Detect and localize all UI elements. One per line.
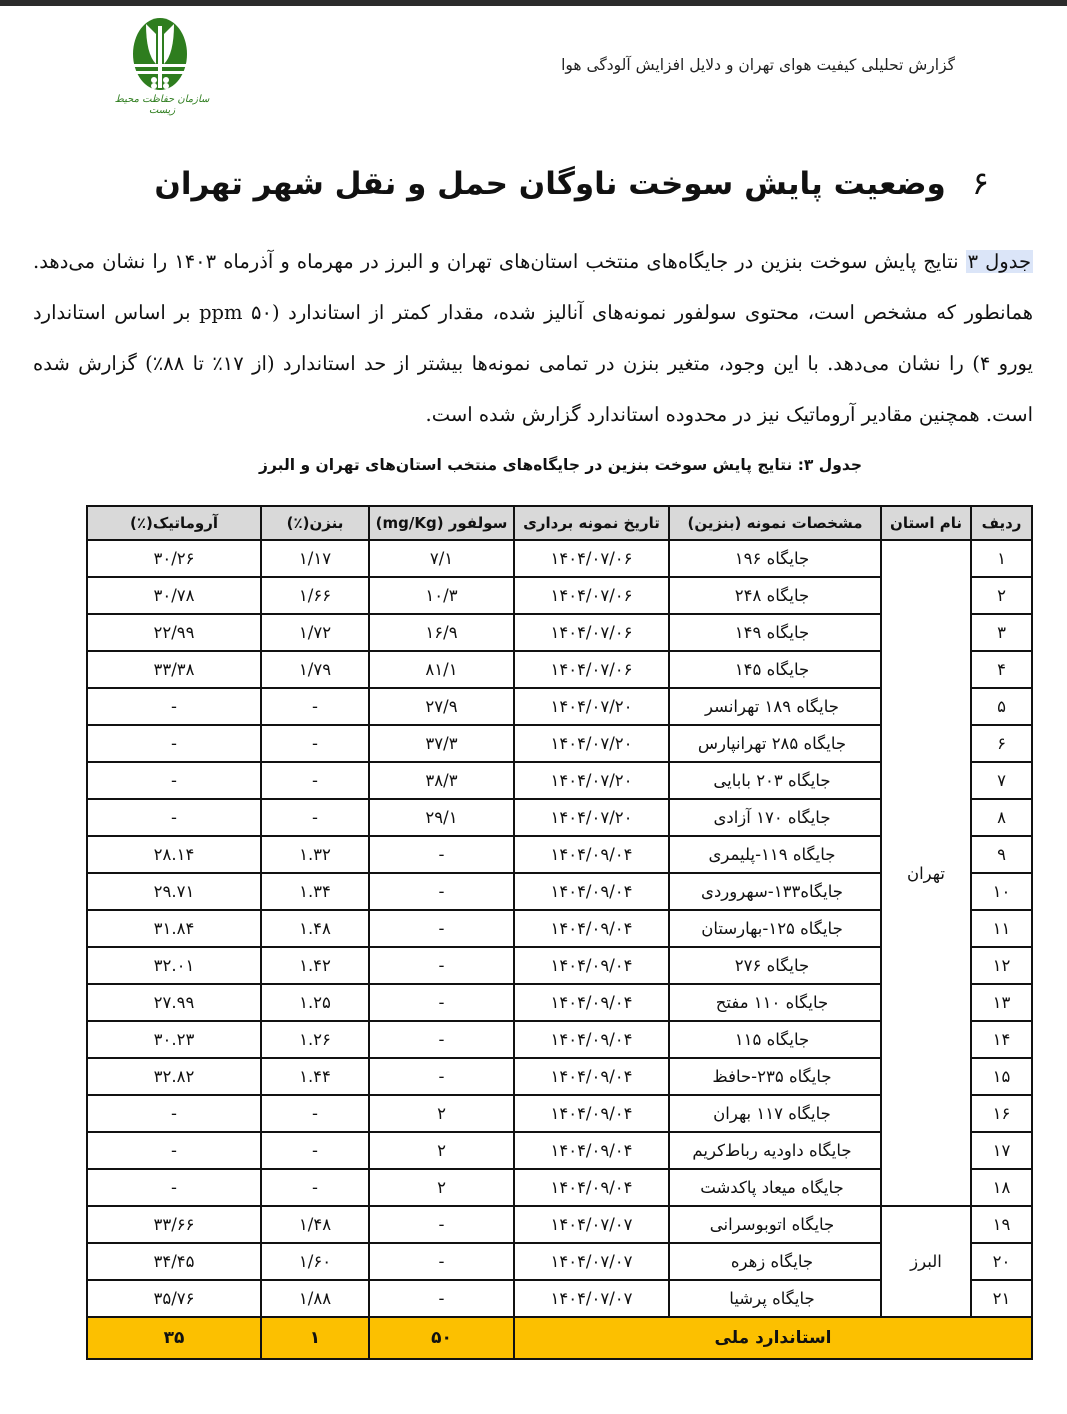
row-number: ۱۰ [971,873,1032,910]
benzene-value: ۱.۴۴ [261,1058,369,1095]
aromatic-value: ۳۳/۶۶ [87,1206,261,1243]
sample-date: ۱۴۰۴/۰۷/۲۰ [514,725,669,762]
sample-name: جایگاه ۲۷۶ [669,947,881,984]
benzene-value: ۱/۷۲ [261,614,369,651]
benzene-value: ۱.۴۲ [261,947,369,984]
sulfur-value: - [369,984,514,1021]
row-number: ۲ [971,577,1032,614]
benzene-value: ۱/۴۸ [261,1206,369,1243]
benzene-value: - [261,799,369,836]
sample-date: ۱۴۰۴/۰۷/۰۶ [514,577,669,614]
benzene-value: ۱.۴۸ [261,910,369,947]
sample-date: ۱۴۰۴/۰۷/۲۰ [514,799,669,836]
sample-date: ۱۴۰۴/۰۷/۰۷ [514,1206,669,1243]
benzene-value: ۱/۷۹ [261,651,369,688]
sulfur-value: - [369,1206,514,1243]
sulfur-value: ۱۶/۹ [369,614,514,651]
benzene-value: ۱.۲۵ [261,984,369,1021]
standard-benzene: ۱ [261,1317,369,1359]
sulfur-value: - [369,910,514,947]
paragraph-text: نتایج پایش سوخت بنزین در جایگاه‌های منتخ… [33,250,1033,426]
sample-name: جایگاه ۲۳۵-حافظ [669,1058,881,1095]
sulfur-value: ۲۷/۹ [369,688,514,725]
sample-name: جایگاه پرشیا [669,1280,881,1317]
sulfur-value: - [369,873,514,910]
sulfur-value: ۸۱/۱ [369,651,514,688]
sample-date: ۱۴۰۴/۰۷/۲۰ [514,762,669,799]
header-row-number: ردیف [971,506,1032,540]
row-number: ۱ [971,540,1032,577]
aromatic-value: ۳۲.۸۲ [87,1058,261,1095]
logo-caption: سازمان حفاظت محیط زیست [112,94,212,116]
aromatic-value: ۲۲/۹۹ [87,614,261,651]
top-edge-bar [0,0,1067,6]
header-sulfur: سولفور (mg/Kg) [369,506,514,540]
sample-name: جایگاه ۱۱۹-پلیمری [669,836,881,873]
sulfur-value: - [369,947,514,984]
section-title: وضعیت پایش سوخت ناوگان حمل و نقل شهر تهر… [154,166,945,202]
national-standard-row: استاندارد ملی۵۰۱۳۵ [87,1317,1032,1359]
header-aromatic: آروماتیک(٪) [87,506,261,540]
aromatic-value: - [87,725,261,762]
aromatic-value: ۳۱.۸۴ [87,910,261,947]
sample-date: ۱۴۰۴/۰۹/۰۴ [514,910,669,947]
row-number: ۱۲ [971,947,1032,984]
row-number: ۱۴ [971,1021,1032,1058]
row-number: ۱۷ [971,1132,1032,1169]
section-heading: ۶ وضعیت پایش سوخت ناوگان حمل و نقل شهر ت… [154,164,989,202]
aromatic-value: ۳۲.۰۱ [87,947,261,984]
benzene-value: ۱.۲۶ [261,1021,369,1058]
sample-date: ۱۴۰۴/۰۹/۰۴ [514,947,669,984]
aromatic-value: ۲۷.۹۹ [87,984,261,1021]
sample-date: ۱۴۰۴/۰۹/۰۴ [514,1095,669,1132]
sample-name: جایگاه۱۳۳-سهروردی [669,873,881,910]
benzene-value: - [261,1132,369,1169]
standard-label: استاندارد ملی [514,1317,1032,1359]
sample-name: جایگاه ۱۹۶ [669,540,881,577]
sample-name: جایگاه ۲۰۳ بابایی [669,762,881,799]
sample-date: ۱۴۰۴/۰۷/۰۷ [514,1243,669,1280]
row-number: ۴ [971,651,1032,688]
sample-name: جایگاه ۱۱۷ بهران [669,1095,881,1132]
sulfur-value: ۱۰/۳ [369,577,514,614]
benzene-value: ۱/۸۸ [261,1280,369,1317]
row-number: ۸ [971,799,1032,836]
sample-name: جایگاه میعاد پاکدشت [669,1169,881,1206]
aromatic-value: ۳۰/۷۸ [87,577,261,614]
sample-name: جایگاه داودیه رباط‌کریم [669,1132,881,1169]
standard-aromatic: ۳۵ [87,1317,261,1359]
row-number: ۷ [971,762,1032,799]
sulfur-value: ۳۷/۳ [369,725,514,762]
table-caption: جدول ۳: نتایج پایش سوخت بنزین در جایگاه‌… [259,456,862,474]
benzene-value: - [261,762,369,799]
sample-name: جایگاه ۱۲۵-بهارستان [669,910,881,947]
province-cell-tehran: تهران [881,540,971,1206]
sample-name: جایگاه ۲۴۸ [669,577,881,614]
province-cell-alborz: البرز [881,1206,971,1317]
body-paragraph: جدول ۳ نتایج پایش سوخت بنزین در جایگاه‌ه… [33,236,1033,440]
sulfur-value: ۲ [369,1132,514,1169]
sample-date: ۱۴۰۴/۰۷/۰۶ [514,651,669,688]
sulfur-value: ۷/۱ [369,540,514,577]
sulfur-value: - [369,1243,514,1280]
sulfur-value: - [369,1280,514,1317]
sulfur-value: ۳۸/۳ [369,762,514,799]
sample-date: ۱۴۰۴/۰۹/۰۴ [514,873,669,910]
benzene-value: ۱/۱۷ [261,540,369,577]
sulfur-value: ۲ [369,1169,514,1206]
sulfur-value: - [369,1058,514,1095]
sample-name: جایگاه ۱۴۵ [669,651,881,688]
sample-name: جایگاه ۱۷۰ آزادی [669,799,881,836]
aromatic-value: - [87,1169,261,1206]
sample-date: ۱۴۰۴/۰۷/۰۶ [514,540,669,577]
aromatic-value: - [87,688,261,725]
sample-date: ۱۴۰۴/۰۹/۰۴ [514,1169,669,1206]
table-row: ۱تهرانجایگاه ۱۹۶۱۴۰۴/۰۷/۰۶۷/۱۱/۱۷۳۰/۲۶ [87,540,1032,577]
sulfur-value: ۲۹/۱ [369,799,514,836]
sample-name: جایگاه ۱۴۹ [669,614,881,651]
sulfur-value: - [369,1021,514,1058]
sulfur-value: - [369,836,514,873]
row-number: ۱۱ [971,910,1032,947]
sample-date: ۱۴۰۴/۰۹/۰۴ [514,1132,669,1169]
sample-date: ۱۴۰۴/۰۷/۰۷ [514,1280,669,1317]
row-number: ۳ [971,614,1032,651]
aromatic-value: ۲۹.۷۱ [87,873,261,910]
header-sample: مشخصات نمونه (بنزین) [669,506,881,540]
table-row: ۱۹البرزجایگاه اتوبوسرانی۱۴۰۴/۰۷/۰۷-۱/۴۸۳… [87,1206,1032,1243]
running-header: گزارش تحلیلی کیفیت هوای تهران و دلایل اف… [561,56,955,74]
sample-name: جایگاه ۱۸۹ تهرانسر [669,688,881,725]
aromatic-value: ۳۳/۳۸ [87,651,261,688]
standard-sulfur: ۵۰ [369,1317,514,1359]
row-number: ۱۶ [971,1095,1032,1132]
sample-date: ۱۴۰۴/۰۹/۰۴ [514,1058,669,1095]
benzene-value: - [261,1095,369,1132]
aromatic-value: ۲۸.۱۴ [87,836,261,873]
sample-name: جایگاه ۱۱۵ [669,1021,881,1058]
sample-date: ۱۴۰۴/۰۷/۲۰ [514,688,669,725]
row-number: ۱۳ [971,984,1032,1021]
header-date: تاریخ نمونه برداری [514,506,669,540]
sample-date: ۱۴۰۴/۰۷/۰۶ [514,614,669,651]
row-number: ۲۱ [971,1280,1032,1317]
benzene-value: ۱/۶۶ [261,577,369,614]
aromatic-value: - [87,1132,261,1169]
table-reference-link[interactable]: جدول ۳ [966,250,1033,273]
header-benzene: بنزن(٪) [261,506,369,540]
sample-name: جایگاه ۲۸۵ تهرانپارس [669,725,881,762]
sample-date: ۱۴۰۴/۰۹/۰۴ [514,836,669,873]
aromatic-value: ۳۵/۷۶ [87,1280,261,1317]
benzene-value: - [261,725,369,762]
section-number: ۶ [972,164,989,202]
aromatic-value: ۳۰/۲۶ [87,540,261,577]
row-number: ۱۸ [971,1169,1032,1206]
aromatic-value: ۳۰.۲۳ [87,1021,261,1058]
row-number: ۱۹ [971,1206,1032,1243]
row-number: ۲۰ [971,1243,1032,1280]
sample-date: ۱۴۰۴/۰۹/۰۴ [514,984,669,1021]
fuel-monitoring-table: ردیف نام استان مشخصات نمونه (بنزین) تاری… [86,505,1033,1360]
row-number: ۵ [971,688,1032,725]
sample-name: جایگاه اتوبوسرانی [669,1206,881,1243]
table-header-row: ردیف نام استان مشخصات نمونه (بنزین) تاری… [87,506,1032,540]
sample-name: جایگاه ۱۱۰ مفتح [669,984,881,1021]
department-of-environment-logo: سازمان حفاظت محیط زیست [112,14,230,118]
benzene-value: ۱/۶۰ [261,1243,369,1280]
header-province: نام استان [881,506,971,540]
aromatic-value: ۳۴/۴۵ [87,1243,261,1280]
sample-date: ۱۴۰۴/۰۹/۰۴ [514,1021,669,1058]
sample-name: جایگاه زهره [669,1243,881,1280]
benzene-value: - [261,1169,369,1206]
benzene-value: - [261,688,369,725]
aromatic-value: - [87,762,261,799]
aromatic-value: - [87,799,261,836]
sulfur-value: ۲ [369,1095,514,1132]
aromatic-value: - [87,1095,261,1132]
row-number: ۱۵ [971,1058,1032,1095]
benzene-value: ۱.۳۲ [261,836,369,873]
benzene-value: ۱.۳۴ [261,873,369,910]
row-number: ۶ [971,725,1032,762]
row-number: ۹ [971,836,1032,873]
